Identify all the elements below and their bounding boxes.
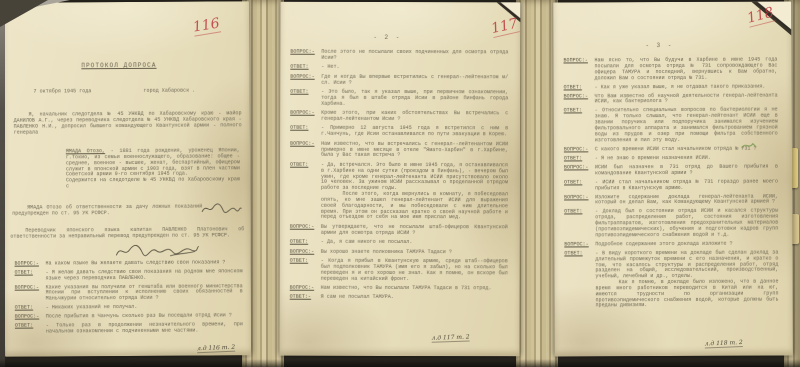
warning-yamada: ЯМАДА Отозо об ответственности за дачу л… bbox=[12, 205, 202, 218]
qa-label: ВОПРОС:- bbox=[290, 249, 321, 255]
qa-row: ОТВЕТ:- Как я уже указал выше, я не отда… bbox=[564, 84, 778, 91]
qa-label: ВОПРОС:- bbox=[564, 94, 595, 106]
qa-label: ВОПРОС:- bbox=[15, 314, 46, 320]
qa-text: Изложите содержание доклада генерал-лейт… bbox=[595, 194, 778, 206]
prisoner-name-block: ЯМАДА Отозо, - 1881 года рождения, уроже… bbox=[66, 148, 240, 190]
qa-label: ОТВЕТ: bbox=[564, 109, 595, 144]
qa-text: Нам ясно то, что Вы будучи в Харбине в и… bbox=[594, 58, 777, 82]
qa-text: - Нет. bbox=[321, 65, 508, 71]
qa-text: Нам известно, что вы встречались с генер… bbox=[321, 141, 508, 159]
page-edge-stack-middle bbox=[516, 0, 558, 367]
qa-row: ОТВЕТ:- Нет. bbox=[290, 65, 508, 71]
qa-row: ВОПРОС:-После этого не посылали своих по… bbox=[290, 50, 508, 62]
qa-text: - Это было, так я указал выше, при перви… bbox=[321, 90, 508, 108]
qa-label: ВОПРОС:- bbox=[15, 261, 46, 267]
qa-text: - Я желаю давать следствию свои показани… bbox=[46, 269, 243, 282]
doc-place: город Хабаровск . bbox=[143, 89, 195, 95]
qa-label: ВОПРОС:- bbox=[564, 242, 595, 248]
qa-list: ВОПРОС:-На каком языке Вы желаете давать… bbox=[15, 260, 243, 338]
qa-row: ВОПРОС:-Изложите содержание доклада гене… bbox=[564, 194, 778, 207]
qa-row: ОТВЕТ:- Это было, так я указал выше, при… bbox=[290, 90, 508, 108]
qa-row: ВОПРОС:-Нам известно, что Вы посылали ТА… bbox=[290, 286, 508, 292]
qa-row: ОТВЕТ:-Я сам не посылал ТАМУРА. bbox=[290, 295, 508, 301]
qa-label: ВОПРОС:- bbox=[564, 165, 595, 177]
qa-row: ОТВЕТ:- Доклад был о состоянии отряда ИС… bbox=[564, 209, 778, 239]
qa-text: - Относительно специальных вопросов по б… bbox=[595, 108, 778, 144]
qa-text: - Да, я сам никого не посылал. bbox=[321, 240, 508, 246]
prisoner-details: - 1881 года рождения, уроженец Японии, г… bbox=[66, 147, 243, 189]
doc-date: 7 октября 1945 года bbox=[33, 89, 91, 95]
qa-text: - Да, встречался. Это было в июне 1945 г… bbox=[321, 163, 508, 222]
qa-label: ОТВЕТ: bbox=[564, 180, 595, 192]
qa-label: ВОПРОС:- bbox=[564, 195, 595, 207]
qa-text: - Никаких указаний не получал. bbox=[46, 304, 243, 311]
qa-text: Что Вам известно об научной деятельности… bbox=[595, 93, 778, 105]
page-118: - 3 - ВОПРОС:-Нам ясно то, что Вы будучи… bbox=[553, 1, 793, 356]
qa-label: ОТВЕТ: bbox=[290, 163, 321, 222]
qa-row: ВОПРОС:-Нам ясно то, что Вы будучи в Хар… bbox=[563, 58, 777, 82]
qa-text: Вы хорошо знаете полковника ТАМУРА Тадас… bbox=[321, 249, 508, 255]
qa-row: ВОПРОС:-ИСИИ был назначен в 731 отряд до… bbox=[564, 164, 778, 177]
qa-text: - Примерно 12 августа 1945 года я встрет… bbox=[321, 126, 508, 138]
qa-label: ОТВЕТ: bbox=[564, 251, 595, 310]
qa-row: ОТВЕТ:- Я желаю давать следствию свои по… bbox=[15, 269, 243, 282]
qa-row: ВОПРОС:-Нам известно, что вы встречались… bbox=[290, 141, 508, 159]
qa-row: ВОПРОС:-На каком языке Вы желаете давать… bbox=[15, 260, 243, 267]
qa-row: ОТВЕТ:- Да, я сам никого не посылал. bbox=[290, 240, 508, 246]
qa-label: ВОПРОС:- bbox=[290, 50, 321, 62]
qa-label: ОТВЕТ: bbox=[290, 90, 321, 108]
qa-text: Вы утверждаете, что не посылали штаб-офи… bbox=[321, 225, 508, 237]
qa-row: ВОПРОС:-Какие указания вы получили от ге… bbox=[15, 284, 243, 303]
qa-text: Где и когда Вы впервые встретились с ген… bbox=[321, 75, 508, 87]
qa-label: ВОПРОС:- bbox=[564, 147, 595, 153]
qa-text: - ИСИИ стал начальником отряда № 731 гор… bbox=[595, 179, 778, 191]
qa-text: Нам известно, что Вы посылали ТАМУРА Тад… bbox=[321, 286, 508, 292]
page-118-content: - 3 - ВОПРОС:-Нам ясно то, что Вы будучи… bbox=[553, 1, 793, 356]
qa-label: ОТВЕТ: bbox=[290, 65, 321, 71]
page-116-content: ПРОТОКОЛ ДОПРОСА 7 октября 1945 года гор… bbox=[3, 1, 251, 356]
qa-row: ВОПРОС:-Вы утверждаете, что не посылали … bbox=[290, 225, 508, 237]
qa-text: На каком языке Вы желаете давать следств… bbox=[46, 260, 243, 267]
qa-label: ОТВЕТ: bbox=[290, 126, 321, 138]
qa-text: - Я не знаю о времени назначения ИСИИ. bbox=[595, 155, 778, 162]
qa-row: ОТВЕТ:- Да, встречался. Это было в июне … bbox=[290, 163, 508, 222]
qa-row: ВОПРОС:-После прибытия в Чанчунь сколько… bbox=[15, 313, 243, 320]
page-number-header: - 2 - bbox=[280, 34, 494, 42]
green-pencil-mark bbox=[740, 140, 758, 152]
qa-label: ВОПРОС:- bbox=[290, 111, 321, 123]
archive-sheet-note: л.д 117 т. 2 bbox=[431, 334, 469, 343]
doc-title: ПРОТОКОЛ ДОПРОСА bbox=[81, 62, 156, 69]
qa-row: ВОПРОС:-Подробное содержание этого докла… bbox=[564, 241, 778, 248]
page-number-header: - 3 - bbox=[553, 42, 765, 50]
qa-label: ВОПРОС:- bbox=[290, 225, 321, 237]
qa-text: Подробное содержание этого доклада излож… bbox=[595, 241, 778, 248]
qa-text: ИСИИ был назначен в 731 отряд до Вашего … bbox=[595, 164, 778, 176]
qa-label: ОТВЕТ: bbox=[290, 240, 321, 246]
qa-row: ОТВЕТ:- Только раз в продолжении незначи… bbox=[15, 322, 243, 335]
qa-label: ОТВЕТ: bbox=[564, 210, 595, 239]
signature-interpreter bbox=[112, 242, 200, 261]
qa-text: Я сам не посылал ТАМУРА. bbox=[321, 295, 508, 301]
qa-label: ВОПРОС:- bbox=[290, 286, 321, 292]
warning-interpreter: Переводчик японского языка капитан ПАВЛЕ… bbox=[10, 227, 244, 240]
qa-text: - В виду короткого времени на докладе бы… bbox=[595, 250, 778, 309]
scanned-document: ПРОТОКОЛ ДОПРОСА 7 октября 1945 года гор… bbox=[0, 0, 800, 367]
qa-label: ОТВЕТ: bbox=[15, 270, 46, 282]
qa-text: - Доклад был о состоянии отряда ИСИИ и к… bbox=[595, 209, 778, 239]
qa-row: ОТВЕТ:- Примерно 12 августа 1945 года я … bbox=[290, 126, 508, 138]
qa-list: ВОПРОС:-Нам ясно то, что Вы будучи в Хар… bbox=[563, 58, 778, 313]
qa-text: Кроме этого, при каких обстоятельствах В… bbox=[321, 111, 508, 123]
qa-row: ВОПРОС:-Что Вам известно об научной деят… bbox=[564, 93, 778, 106]
page-116: ПРОТОКОЛ ДОПРОСА 7 октября 1945 года гор… bbox=[3, 1, 251, 356]
bottom-shadow bbox=[0, 359, 800, 367]
qa-label: ВОПРОС:- bbox=[563, 58, 594, 82]
qa-text: После этого не посылали своих подчиненны… bbox=[321, 50, 508, 62]
qa-label: ВОПРОС:- bbox=[290, 74, 321, 86]
page-117: - 2 - ВОПРОС:-После этого не посылали св… bbox=[280, 2, 521, 357]
qa-row: ВОПРОС:-Вы хорошо знаете полковника ТАМУ… bbox=[290, 249, 508, 255]
qa-text: - Как я уже указал выше, я не отдавал та… bbox=[595, 84, 778, 91]
qa-label: ОТВЕТ: bbox=[564, 156, 595, 162]
qa-label: ОТВЕТ: bbox=[15, 306, 46, 312]
qa-list: ВОПРОС:-После этого не посылали своих по… bbox=[290, 50, 509, 305]
qa-label: ОТВЕТ:- bbox=[290, 295, 321, 301]
page-117-content: - 2 - ВОПРОС:-После этого не посылали св… bbox=[280, 2, 521, 357]
qa-label: ОТВЕТ: bbox=[564, 85, 595, 91]
archive-sheet-note: л.д 116 т. 2 bbox=[197, 344, 235, 354]
qa-label: ОТВЕТ: bbox=[290, 259, 321, 282]
qa-row: ОТВЕТ:- Я не знаю о времени назначения И… bbox=[564, 155, 778, 162]
qa-label: ВОПРОС:- bbox=[15, 285, 46, 303]
qa-text: После прибытия в Чанчунь сколько раз Вы … bbox=[46, 313, 243, 320]
qa-row: ОТВЕТ:- Относительно специальных вопросо… bbox=[564, 108, 778, 144]
qa-row: ВОПРОС:-Где и когда Вы впервые встретили… bbox=[290, 74, 508, 86]
qa-text: Какие указания вы получили от генштаба и… bbox=[46, 284, 243, 303]
scanner-edge bbox=[0, 0, 5, 367]
archive-sheet-note: л.д 118 т. 2 bbox=[705, 339, 743, 348]
qa-row: ОТВЕТ:- В виду короткого времени на докл… bbox=[564, 250, 778, 309]
qa-text: - Когда я прибыл в Квантунскую армию, ср… bbox=[321, 259, 508, 283]
qa-label: ВОПРОС:- bbox=[290, 141, 321, 159]
qa-row: ОТВЕТ:- ИСИИ стал начальником отряда № 7… bbox=[564, 179, 778, 192]
preamble-intro: Я, начальник следотдела № 45 УНКВД по Ха… bbox=[14, 111, 242, 136]
qa-label: ОТВЕТ: bbox=[15, 323, 46, 335]
qa-row: ОТВЕТ:- Никаких указаний не получал. bbox=[15, 304, 243, 311]
qa-row: ОТВЕТ:- Когда я прибыл в Квантунскую арм… bbox=[290, 259, 508, 283]
signature-yamada bbox=[200, 201, 242, 215]
qa-text: - Только раз в продолжении незначительно… bbox=[46, 322, 243, 335]
qa-row: ВОПРОС:-Кроме этого, при каких обстоятел… bbox=[290, 111, 508, 123]
